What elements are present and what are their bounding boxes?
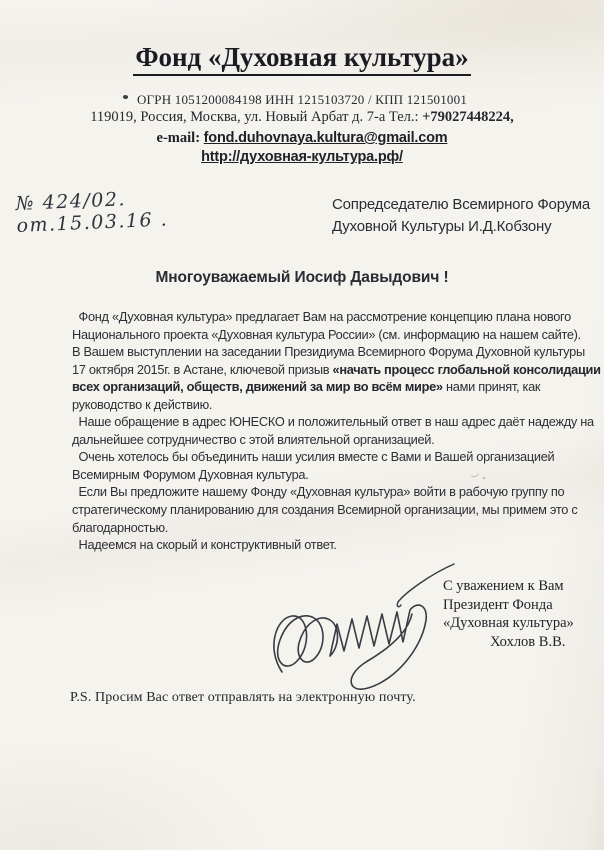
paragraph-5: Надеемся на скорый и конструктивный отве… xyxy=(72,536,601,554)
addressee-block: Сопредседателю Всемирного Форума Духовно… xyxy=(332,194,590,238)
org-website-line: http://духовная-культура.рф/ xyxy=(0,149,604,165)
signature-scribble xyxy=(248,554,558,704)
paragraph-4: Если Вы предложите нашему Фонду «Духовна… xyxy=(72,483,601,536)
org-email-line: e-mail: fond.duhovnaya.kultura@gmail.com xyxy=(0,130,604,147)
org-phone: +79027448224, xyxy=(422,109,514,125)
paragraph-1: Фонд «Духовная культура» предлагает Вам … xyxy=(72,308,601,413)
org-address-line: 119019, Россия, Москва, ул. Новый Арбат … xyxy=(0,109,604,126)
scanned-letter-page: Фонд «Духовная культура» ОГРН 1051200084… xyxy=(0,0,604,850)
postscript: P.S. Просим Вас ответ отправлять на элек… xyxy=(70,690,416,706)
ref-number-handwritten: № 424/02. от.15.03.16 . xyxy=(15,183,247,237)
org-title: Фонд «Духовная культура» xyxy=(133,42,470,76)
email-address: fond.duhovnaya.kultura@gmail.com xyxy=(204,130,448,146)
email-label: e-mail: xyxy=(157,130,204,146)
website-url: http://духовная-культура.рф/ xyxy=(201,149,403,165)
org-address-text: 119019, Россия, Москва, ул. Новый Арбат … xyxy=(90,109,422,125)
paragraph-2: Наше обращение в адрес ЮНЕСКО и положите… xyxy=(72,413,601,448)
salutation: Многоуважаемый Иосиф Давыдович ! xyxy=(0,269,604,287)
letterhead: Фонд «Духовная культура» xyxy=(0,42,604,76)
paragraph-3: Очень хотелось бы объединить наши усилия… xyxy=(72,448,601,483)
body-text: Фонд «Духовная культура» предлагает Вам … xyxy=(72,308,601,554)
org-registration-line: ОГРН 1051200084198 ИНН 1215103720 / КПП … xyxy=(0,92,604,108)
pencil-dot xyxy=(483,477,485,479)
